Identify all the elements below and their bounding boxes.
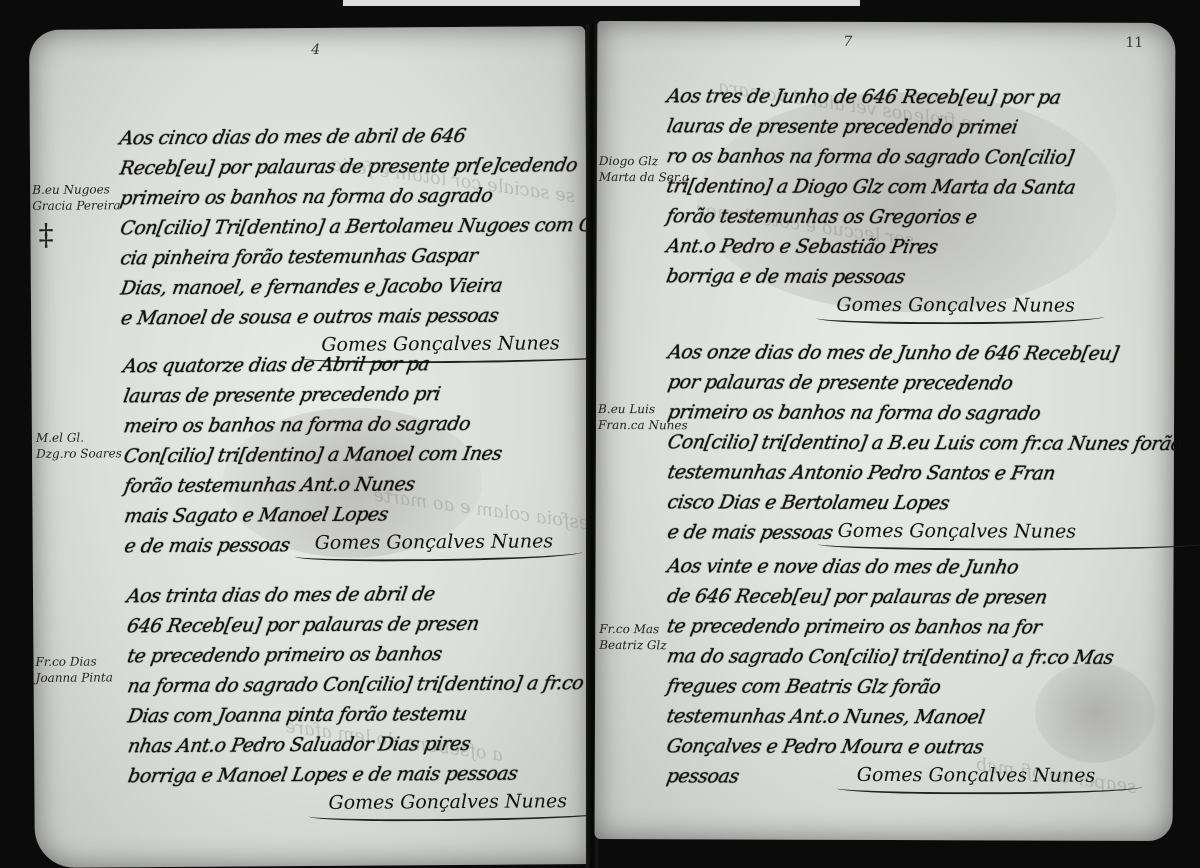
margin-note-names: Fr.co Mas Beatriz Glz [599,621,666,653]
entry-line: na forma do sagrado Con[cilio] tri[denti… [125,668,586,701]
marriage-entry: Aos onze dias do mes de Junho de 646 Rec… [668,337,1183,543]
entry-line: te precedendo primeiro os banhos na for [665,611,1116,643]
folio-mark: 4 [311,42,320,58]
entry-line: nhas Ant.o Pedro Saluador Dias pires [126,728,587,761]
entry-line: meiro os banhos na forma do sagrado [121,408,555,441]
entry-line: mais Sagato e Manoel Lopes [122,498,556,531]
entry-line: ma do sagrado Con[cilio] tri[dentino] a … [665,641,1116,673]
margin-note-names: Fr.co Dias Joanna Pinta [35,653,112,686]
entry-line: Aos cinco dias do mes de abril de 646 [117,120,615,153]
marriage-entry: Aos vinte e nove dias do mes de Junho de… [667,551,1114,787]
priest-signature: Gomes Gonçalves Nunes [838,520,1182,543]
folio-mark: 7 [843,34,852,50]
entry-line: borriga e de mais pessoas [664,261,1078,292]
entry-line: Ant.o Pedro e Sebastião Pires [664,231,1078,262]
entry-line: borriga e Manoel Lopes e de mais pessoas [126,758,587,791]
entry-line: testemunhas Ant.o Nunes, Manoel [664,701,1115,733]
entry-line: te precedendo primeiro os banhos [125,638,586,671]
entry-line: Aos vinte e nove dias do mes de Junho [665,551,1116,583]
marriage-entry: Aos trinta dias do mes de abril de 646 R… [127,578,584,815]
entry-line: Aos trinta dias do mes de abril de [124,578,585,611]
entry-line: Con[cilio] tri[dentino] a Manoel com Ine… [122,438,556,471]
entry-line: e Manoel de sousa e outros mais pessoas [119,300,617,333]
entry-line: lauras de presente precedendo primei [664,111,1078,142]
marriage-entry: Aos tres de Junho de 646 Receb[eu] por p… [666,81,1075,316]
entry-line: lauras de presente precedendo pri [121,378,555,411]
entry-line: Aos quatorze dias de Abril por pa [121,348,555,381]
entry-line: por palauras de presente precedendo [665,367,1184,399]
scanner-strip [343,0,860,6]
left-page: se saciale cor lotom e ferio desfoia col… [29,26,591,868]
entry-line: Aos onze dias do mes de Junho de 646 Rec… [666,337,1185,369]
priest-signature: Gomes Gonçalves Nunes [836,294,1075,317]
priest-signature: Gomes Gonçalves Nunes [857,764,1113,787]
entry-line: 646 Receb[eu] por palauras de presen [125,608,586,641]
entry-line: tri[dentino] a Diogo Glz com Marta da Sa… [664,171,1078,202]
entry-line: Con[cilio] Tri[dentino] a Bertolameu Nug… [118,210,616,243]
entry-line: Aos tres de Junho de 646 Receb[eu] por p… [664,81,1078,112]
entry-line: de 646 Receb[eu] por palauras de presen [665,581,1116,613]
entry-line: ro os banhos na forma do sagrado Con[cil… [664,141,1078,172]
entry-line: forão testemunhas Ant.o Nunes [122,468,556,501]
margin-note-names: B.eu Nugoes Gracia Pereira [32,181,120,214]
entry-line: Con[cilio] tri[dentino] a B.eu Luis com … [665,427,1184,459]
margin-cross-mark: ‡ [38,218,53,253]
entry-line: Dias, manoel, e fernandes e Jacobo Vieir… [118,270,616,303]
entry-line: fregues com Beatris Glz forão [664,671,1115,703]
margin-note-names: M.el Gl. Dzg.ro Soares [36,429,122,462]
entry-line: Dias com Joanna pinta forão testemu [125,698,586,731]
entry-line: forão testemunhas os Gregorios e [664,201,1078,232]
entry-line: primeiro os banhos na forma do sagrado [665,397,1184,429]
entry-line: testemunhas Antonio Pedro Santos e Fran [665,457,1184,489]
right-page: e frolegos vel alar d vomarg sor leccuo … [595,21,1176,841]
priest-signature: Gomes Gonçalves Nunes [315,530,554,554]
entry-line: primeiro os banhos na forma do sagrado [118,180,616,213]
entry-line: Gonçalves e Pedro Moura e outras [664,731,1115,763]
entry-line: cia pinheira forão testemunhas Gaspar [118,240,616,273]
marriage-entry: Aos quatorze dias de Abril por pa lauras… [123,348,553,555]
folio-number: 11 [1125,35,1143,51]
priest-signature: Gomes Gonçalves Nunes [328,790,584,814]
marriage-entry: Aos cinco dias do mes de abril de 646 Re… [120,120,614,357]
entry-line: cisco Dias e Bertolameu Lopes [665,487,1184,519]
entry-line: Receb[eu] por palauras de presente pr[e]… [118,150,616,183]
